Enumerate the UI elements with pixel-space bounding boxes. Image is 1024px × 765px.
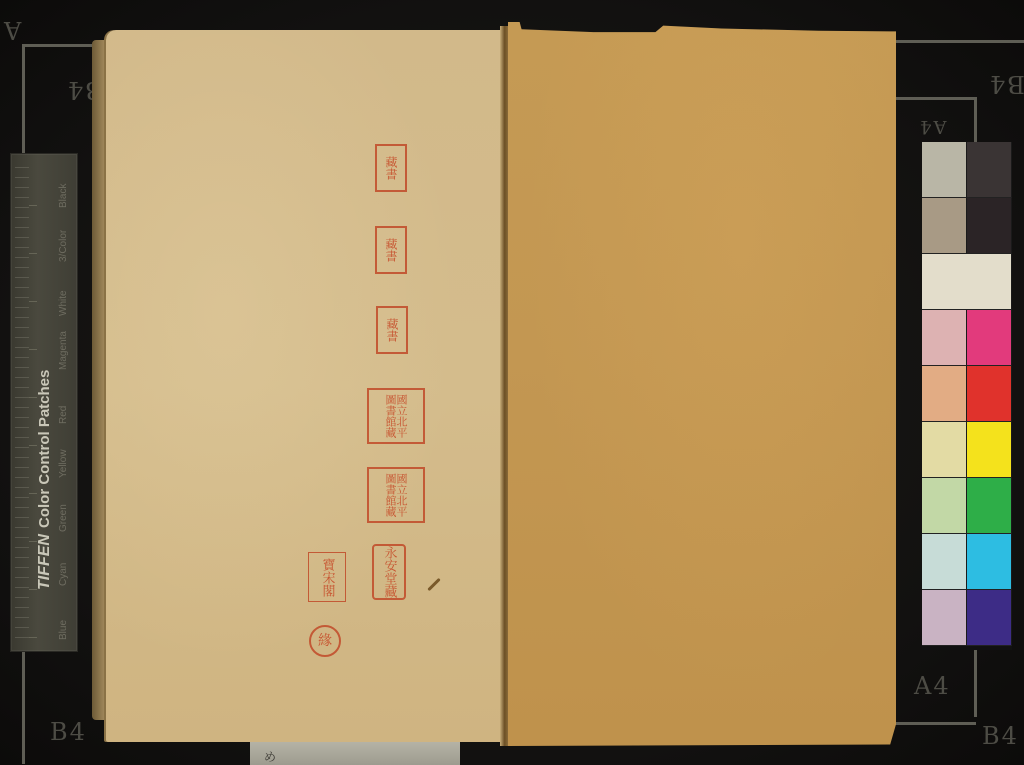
guide-label: B4	[982, 722, 1019, 750]
guide-label: B4	[988, 70, 1024, 98]
color-label: 3/Color	[58, 208, 69, 262]
guide-line-a4-right-top	[896, 97, 974, 100]
color-label: Cyan	[58, 532, 69, 586]
patch-warm-gray	[922, 198, 967, 254]
patch-pale-orange	[922, 366, 967, 422]
left-page	[106, 30, 504, 742]
patch-red	[967, 366, 1012, 422]
seal-3: 藏書	[376, 306, 408, 354]
tiffen-brand: TIFFEN	[36, 534, 53, 590]
patch-yellow	[967, 422, 1012, 478]
patch-pale-green	[922, 478, 967, 534]
guide-label: A	[2, 16, 21, 44]
seal-8: 緣	[309, 625, 341, 657]
patch-cyan	[967, 534, 1012, 590]
seal-7: 寶宋閣	[308, 552, 346, 602]
seal-5: 國立北平圖書館藏	[367, 467, 425, 523]
color-label: Green	[58, 478, 69, 532]
ruler-ticks	[15, 158, 29, 647]
patch-pale-lavender	[922, 590, 967, 646]
patch-magenta	[967, 310, 1012, 366]
patch-pale-yellow	[922, 422, 967, 478]
patch-green	[967, 478, 1012, 534]
color-label: Red	[58, 370, 69, 424]
color-label: Yellow	[58, 424, 69, 478]
patch-light-gray	[922, 142, 967, 198]
color-label: Blue	[58, 586, 69, 640]
guide-label: A4	[914, 672, 951, 700]
color-label: Magenta	[58, 316, 69, 370]
guide-label: A4	[918, 116, 946, 137]
color-label: Black	[58, 154, 69, 208]
right-page-cover	[508, 22, 896, 746]
seal-6: 永安堂藏	[372, 544, 406, 600]
strip-color-labels: BlueCyanGreenYellowRedMagentaWhite3/Colo…	[58, 154, 69, 640]
patch-violet	[967, 590, 1012, 646]
patch-dark-gray	[967, 142, 1012, 198]
paper-slip: め	[250, 742, 460, 765]
seal-4: 國立北平圖書館藏	[367, 388, 425, 444]
color-control-chart	[922, 142, 1012, 650]
seal-1: 藏書	[375, 144, 407, 192]
color-label: White	[58, 262, 69, 316]
seal-2: 藏書	[375, 226, 407, 274]
guide-label: B4	[50, 718, 87, 746]
slip-text: め	[264, 748, 276, 765]
patch-white	[922, 254, 1012, 310]
patch-near-black	[967, 198, 1012, 254]
strip-title-text: Color Control Patches	[36, 370, 53, 528]
tiffen-strip-title: TIFFENColor Control Patches	[36, 370, 54, 590]
guide-line-b4-right-top	[896, 40, 1024, 43]
patch-pale-pink	[922, 310, 967, 366]
guide-line-a4-bottom	[892, 722, 976, 725]
patch-pale-cyan	[922, 534, 967, 590]
